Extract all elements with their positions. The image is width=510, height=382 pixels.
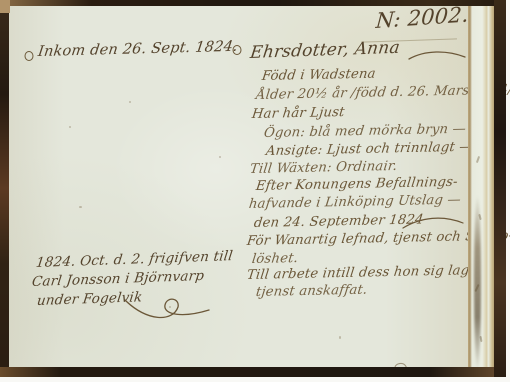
paper-speck xyxy=(169,306,171,308)
paper-speck xyxy=(129,101,131,103)
paper-speck xyxy=(339,336,341,339)
page-crease-shadow xyxy=(474,195,481,370)
entry-line: hafvande i Linköping Utslag — xyxy=(248,193,462,212)
entry-name: Ehrsdotter, Anna xyxy=(249,38,401,63)
photo-frame-top xyxy=(0,0,506,6)
photo-frame-right xyxy=(494,0,506,377)
paper-speck xyxy=(69,126,71,128)
entry-line: Till Wäxten: Ordinair. xyxy=(249,159,398,177)
document-number: N: 2002. xyxy=(375,2,470,33)
entry-line: Ansigte: Ljust och trinnlagt — xyxy=(265,140,474,159)
entry-line: Född i Wadstena xyxy=(261,67,377,84)
entry-line: Efter Konungens Befallnings- xyxy=(255,175,459,194)
bleed-through-mark xyxy=(476,156,480,163)
ledger-page-photo: N: 2002. Inkom den 26. Sept. 1824. Ehrsd… xyxy=(0,0,510,382)
signature-flourish-icon xyxy=(121,294,213,326)
page-surface: N: 2002. Inkom den 26. Sept. 1824. Ehrsd… xyxy=(9,6,468,367)
entry-line: tjenst anskaffat. xyxy=(255,283,368,300)
photo-frame-bottom xyxy=(0,367,506,377)
pen-loop-icon xyxy=(23,50,35,62)
book-fore-edge xyxy=(468,6,494,367)
paper-speck xyxy=(219,156,221,158)
entry-line: den 24. September 1824 xyxy=(253,212,424,231)
photo-frame-left xyxy=(0,0,9,377)
entry-line: Har hår Ljust xyxy=(251,105,345,122)
received-note: Inkom den 26. Sept. 1824. xyxy=(37,39,239,60)
paper-speck xyxy=(79,206,82,208)
entry-line: löshet. xyxy=(251,251,299,267)
entry-line: Ögon: blå med mörka bryn — xyxy=(263,122,467,141)
pen-loop-icon xyxy=(231,44,243,56)
photo-frame-corner xyxy=(0,0,10,13)
name-flourish-icon xyxy=(407,48,469,63)
release-note-line: Carl Jonsson i Björnvarp xyxy=(31,268,205,290)
